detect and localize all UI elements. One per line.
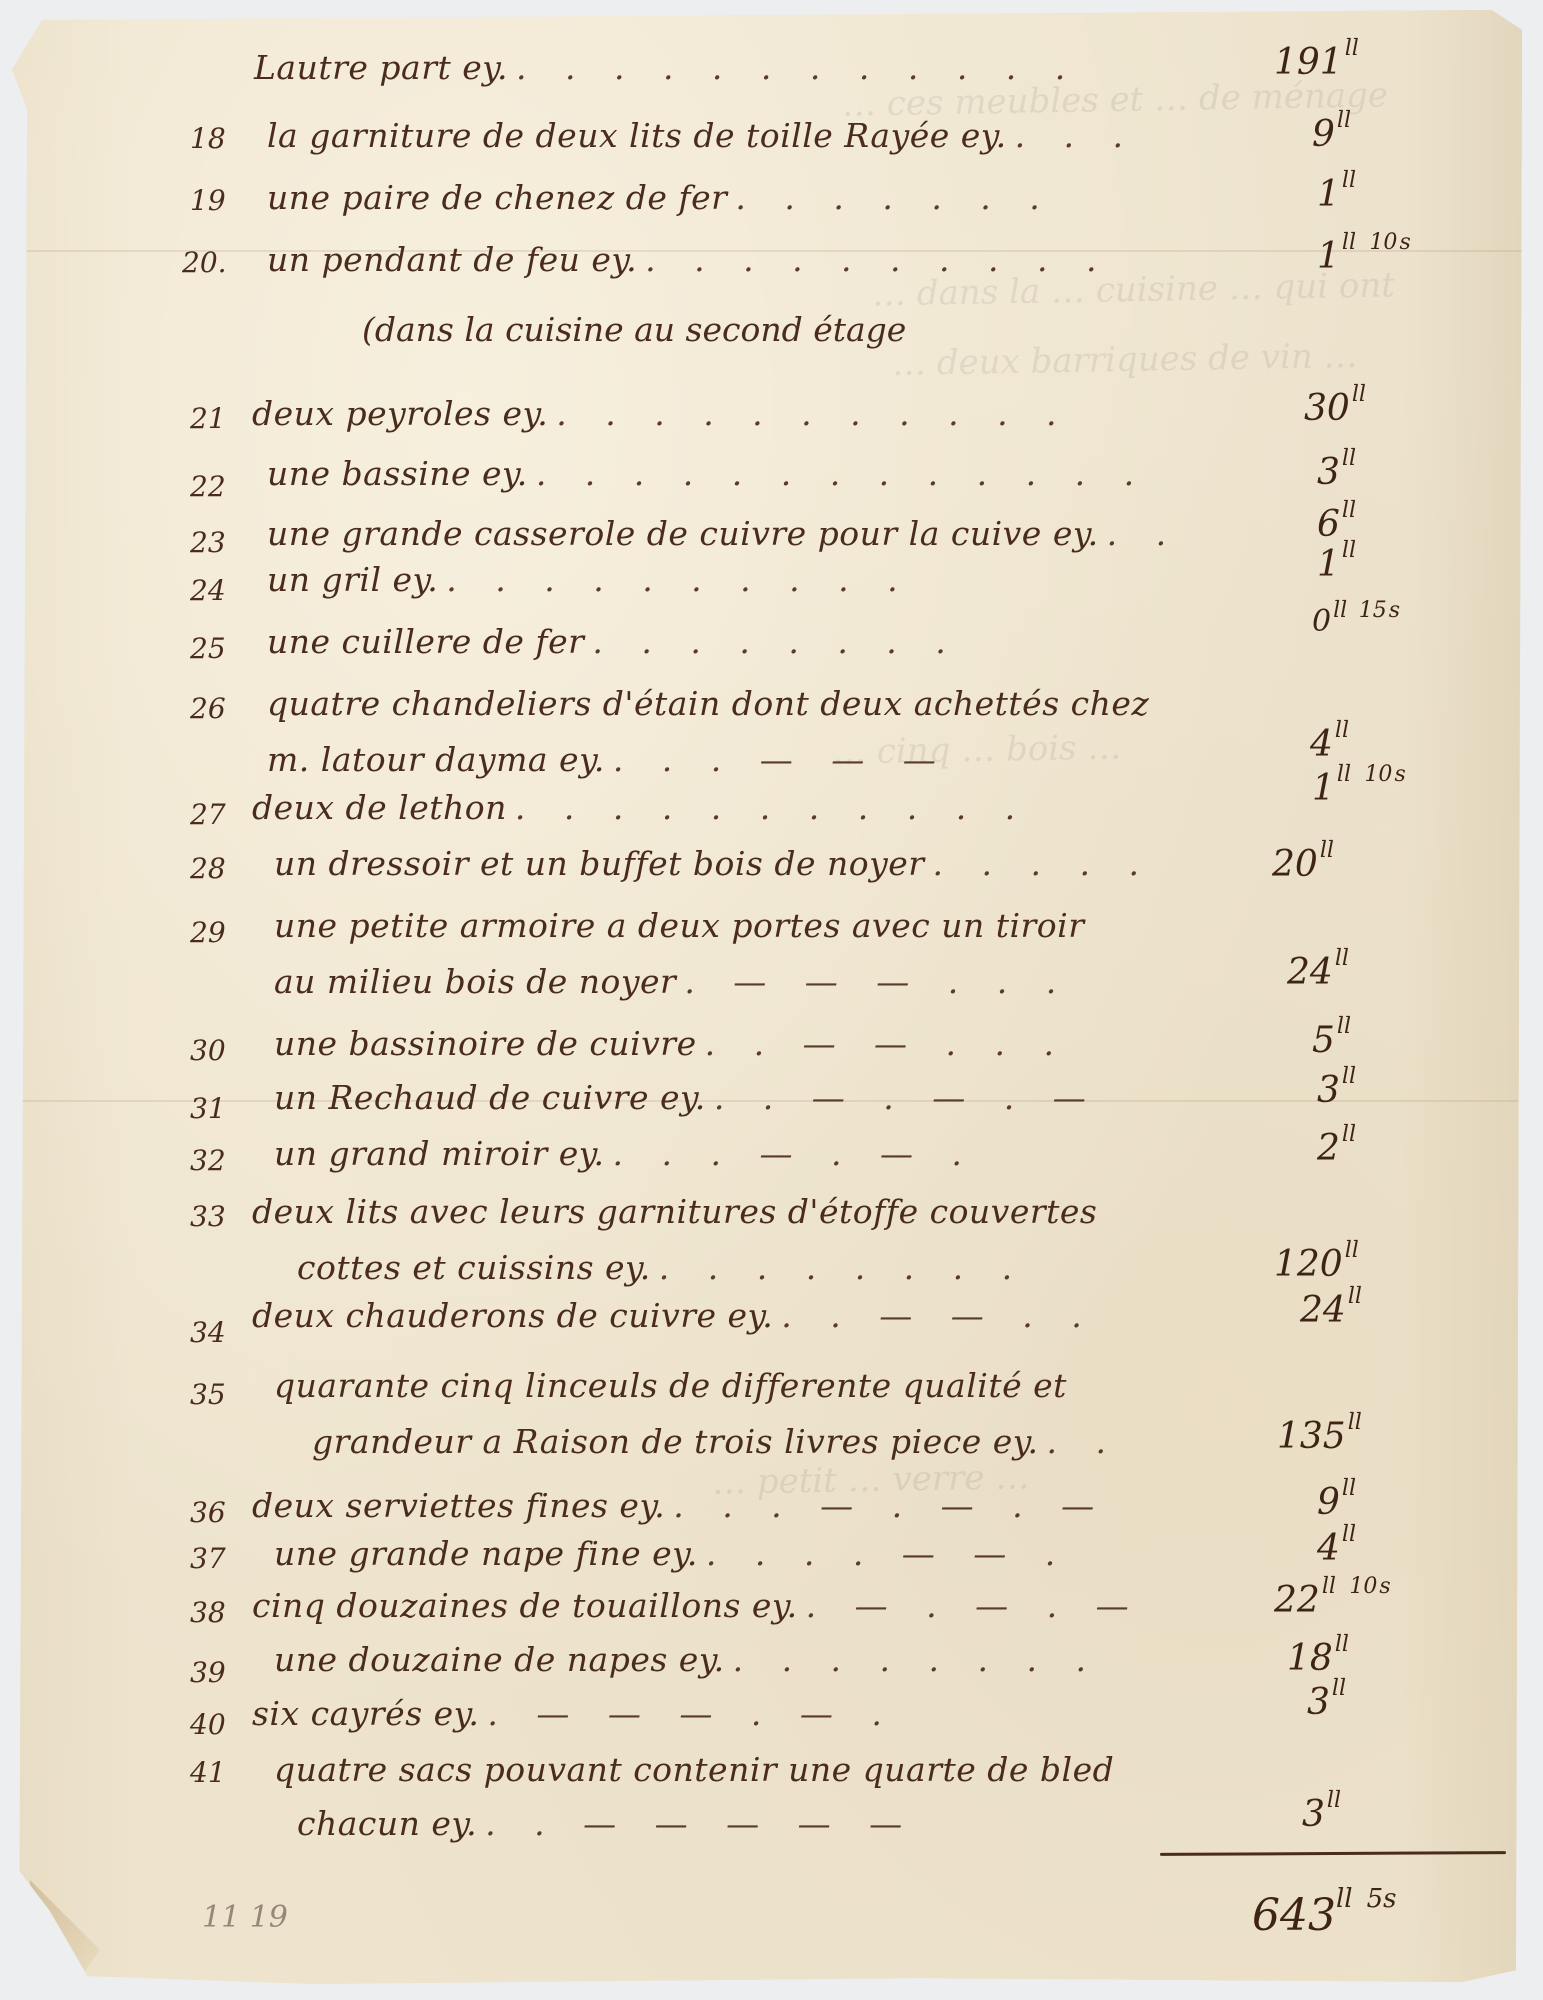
item-description: un gril ey.. . . . . . . . . . <box>267 560 912 599</box>
item-description: une grande nape fine ey.. . . . — — . <box>274 1534 1069 1573</box>
inventory-item: 24 un gril ey.. . . . . . . . . . 1ll <box>12 556 1522 616</box>
margin-note: 11 19 <box>202 1900 288 1935</box>
item-description: un pendant de feu ey.. . . . . . . . . . <box>267 240 1110 279</box>
item-number: 41 <box>190 1756 226 1789</box>
item-description: deux chauderons de cuivre ey.. . — — . . <box>252 1296 1096 1335</box>
item-number: 26 <box>190 692 226 725</box>
inventory-item: 33 deux lits avec leurs garnitures d'éto… <box>12 1180 1522 1300</box>
item-description: un Rechaud de cuivre ey.. . — . — . — <box>274 1078 1100 1117</box>
inventory-item: 28 un dressoir et un buffet bois de noye… <box>12 832 1522 892</box>
item-description: une bassinoire de cuivre. . — — . . . <box>274 1024 1068 1063</box>
bleed-through-text: … deux barriques de vin … <box>892 336 1358 384</box>
item-number: 38 <box>190 1596 226 1629</box>
inventory-item: 23 une grande casserole de cuivre pour l… <box>12 504 1522 564</box>
inventory-item: 41 quatre sacs pouvant contenir une quar… <box>12 1736 1522 1846</box>
inventory-item: 30 une bassinoire de cuivre. . — — . . .… <box>12 1012 1522 1072</box>
item-amount: 3ll <box>1317 452 1356 493</box>
inventory-item: 32 un grand miroir ey.. . . — . — . 2ll <box>12 1124 1522 1184</box>
item-amount: 24ll <box>1287 952 1349 993</box>
section-heading: (dans la cuisine au second étage <box>362 310 906 349</box>
item-description-line-1: quatre sacs pouvant contenir une quarte … <box>274 1750 1114 1789</box>
item-amount: 1ll <box>1317 174 1356 215</box>
item-description-line-1: deux lits avec leurs garnitures d'étoffe… <box>252 1192 1097 1231</box>
item-description: la garniture de deux lits de toille Rayé… <box>267 116 1137 155</box>
inventory-item: 40 six cayrés ey.. — — — . — . 3ll <box>12 1680 1522 1740</box>
item-number: 37 <box>190 1542 226 1575</box>
item-number: 34 <box>190 1316 226 1349</box>
item-description: un grand miroir ey.. . . — . — . <box>274 1134 976 1173</box>
carried-forward-label: Lautre part ey.. . . . . . . . . . . . <box>254 48 1079 87</box>
inventory-item: 26 quatre chandeliers d'étain dont deux … <box>12 672 1522 782</box>
item-number: 30 <box>190 1034 226 1067</box>
item-amount: 120ll <box>1274 1244 1359 1285</box>
inventory-item: 20. un pendant de feu ey.. . . . . . . .… <box>12 232 1522 292</box>
item-amount: 18ll <box>1287 1638 1349 1679</box>
item-amount: 24ll <box>1300 1290 1362 1331</box>
item-number: 29 <box>190 916 226 949</box>
item-number: 23 <box>190 526 226 559</box>
item-number: 32 <box>190 1144 226 1177</box>
item-description-line-1: quatre chandeliers d'étain dont deux ach… <box>267 684 1149 723</box>
item-description-line-2: au milieu bois de noyer. — — — . . . <box>274 962 1070 1001</box>
item-amount: 1ll 10s <box>1317 236 1411 277</box>
item-description: deux peyroles ey.. . . . . . . . . . . <box>252 394 1071 433</box>
item-description-line-1: une petite armoire a deux portes avec un… <box>274 906 1085 945</box>
item-amount: 135ll <box>1277 1416 1362 1457</box>
item-number: 25 <box>190 632 226 665</box>
item-description: deux serviettes fines ey.. . . — . — . — <box>252 1486 1108 1525</box>
carried-forward-row: Lautre part ey.. . . . . . . . . . . . 1… <box>12 38 1522 98</box>
item-amount: 9ll <box>1312 114 1351 155</box>
item-amount: 5ll <box>1312 1020 1351 1061</box>
inventory-item: 38 cinq douzaines de touaillons ey.. — .… <box>12 1576 1522 1636</box>
inventory-item: 19 une paire de chenez de fer. . . . . .… <box>12 170 1522 230</box>
item-amount: 3ll <box>1307 1682 1346 1723</box>
page-total: 643ll 5s <box>1252 1890 1397 1941</box>
item-amount: 1ll <box>1317 544 1356 585</box>
item-description: cinq douzaines de touaillons ey.. — . — … <box>252 1586 1143 1625</box>
item-description-line-2: cottes et cuissins ey.. . . . . . . . <box>297 1248 1026 1287</box>
item-amount: 9ll <box>1317 1482 1356 1523</box>
inventory-item: 21 deux peyroles ey.. . . . . . . . . . … <box>12 388 1522 448</box>
item-description-line-1: quarante cinq linceuls de differente qua… <box>274 1366 1067 1405</box>
item-description: un dressoir et un buffet bois de noyer. … <box>274 844 1153 883</box>
item-number: 20. <box>182 246 227 279</box>
item-number: 19 <box>190 184 226 217</box>
item-amount: 2ll <box>1317 1128 1356 1169</box>
item-number: 24 <box>190 574 226 607</box>
item-amount: 4ll <box>1310 724 1349 765</box>
item-description: une cuillere de fer. . . . . . . . <box>267 622 960 661</box>
item-description: une paire de chenez de fer. . . . . . . <box>267 178 1054 217</box>
item-amount: 3ll <box>1302 1794 1341 1835</box>
item-amount: 20ll <box>1272 844 1334 885</box>
inventory-item: 25 une cuillere de fer. . . . . . . . 0l… <box>12 610 1522 670</box>
item-amount: 4ll <box>1317 1528 1356 1569</box>
item-number: 33 <box>190 1200 226 1233</box>
item-description-line-2: grandeur a Raison de trois livres piece … <box>312 1422 1120 1461</box>
item-description: une douzaine de napes ey.. . . . . . . . <box>274 1640 1100 1679</box>
item-description-line-2: chacun ey.. . — — — — — <box>297 1804 916 1843</box>
item-number: 18 <box>190 122 226 155</box>
inventory-item: 34 deux chauderons de cuivre ey.. . — — … <box>12 1290 1522 1350</box>
item-description-line-2: m. latour dayma ey.. . . — — — <box>267 740 950 779</box>
item-number: 28 <box>190 852 226 885</box>
item-description: six cayrés ey.. — — — . — . <box>252 1694 896 1733</box>
inventory-item: 18 la garniture de deux lits de toille R… <box>12 108 1522 168</box>
item-number: 35 <box>190 1378 226 1411</box>
carried-forward-amount: 191ll <box>1274 42 1359 83</box>
inventory-item: 31 un Rechaud de cuivre ey.. . — . — . —… <box>12 1068 1522 1128</box>
item-description: une bassine ey.. . . . . . . . . . . . . <box>267 454 1148 493</box>
item-description: deux de lethon. . . . . . . . . . . <box>252 788 1029 827</box>
total-rule <box>1160 1851 1506 1856</box>
item-number: 27 <box>190 798 226 831</box>
item-amount: 30ll <box>1304 388 1366 429</box>
manuscript-page: … ces meubles et … de ménage … dans la …… <box>12 10 1522 1990</box>
inventory-item: 22 une bassine ey.. . . . . . . . . . . … <box>12 448 1522 508</box>
item-number: 31 <box>190 1092 226 1125</box>
item-amount: 22ll 10s <box>1274 1580 1391 1621</box>
item-amount: 3ll <box>1317 1070 1356 1111</box>
item-amount: 1ll 10s <box>1312 768 1406 809</box>
inventory-item: 37 une grande nape fine ey.. . . . — — .… <box>12 1524 1522 1584</box>
item-number: 21 <box>190 402 226 435</box>
item-number: 22 <box>190 470 226 503</box>
inventory-item: 29 une petite armoire a deux portes avec… <box>12 890 1522 1010</box>
torn-corner <box>30 1880 100 1980</box>
inventory-item: 35 quarante cinq linceuls de differente … <box>12 1346 1522 1466</box>
item-description: une grande casserole de cuivre pour la c… <box>267 514 1180 553</box>
item-amount: 0ll 15s <box>1312 604 1400 639</box>
